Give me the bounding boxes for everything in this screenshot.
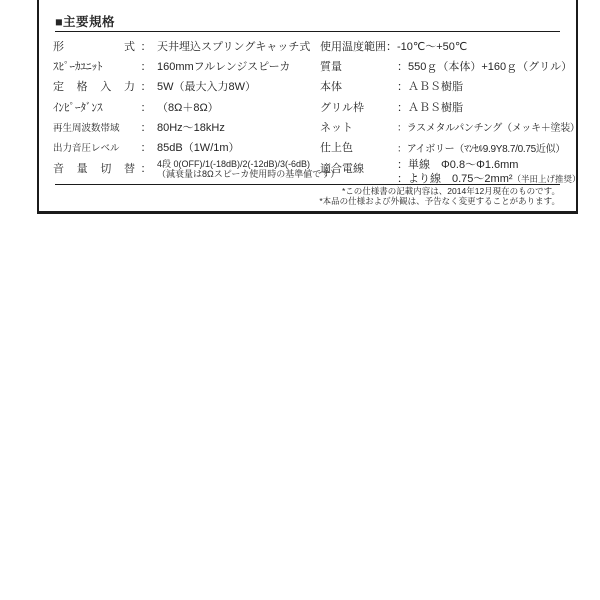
spec-colon: ： (135, 139, 157, 155)
spec-colon: ： (135, 99, 157, 115)
spec-row-operating-temp: 使用温度範囲 ：-10℃～+50℃ (320, 36, 574, 56)
spec-label: ｽﾋﾟｰｶﾕﾆｯﾄ (53, 58, 135, 74)
spec-value-group: 4段 0(OFF)/1(-18dB)/2(-12dB)/3(-6dB) （減衰量… (157, 158, 339, 179)
spec-label: ｲﾝﾋﾟｰﾀﾞﾝｽ (53, 99, 135, 115)
spec-row-frequency-range: 再生周波数帯域 ： 80Hz～18kHz (53, 117, 319, 137)
spec-label: 定 格 入 力 (53, 78, 135, 94)
spec-value: 160mmフルレンジスピーカ (157, 58, 290, 74)
spec-row-type: 形 式 ： 天井埋込スプリングキャッチ式 (53, 36, 319, 56)
spec-value: ：550ｇ（本体）+160ｇ（グリル） (397, 58, 572, 74)
spec-row-output-spl: 出力音圧レベル ： 85dB（1W/1m） (53, 137, 319, 157)
spec-value-group: ：単線 Φ0.8～Φ1.6mm ：より線 0.75～2mm²（半田上げ推奨） (397, 158, 581, 185)
spec-row-speaker-unit: ｽﾋﾟｰｶﾕﾆｯﾄ ： 160mmフルレンジスピーカ (53, 56, 319, 76)
spec-label: 形 式 (53, 38, 135, 54)
spec-value: 85dB（1W/1m） (157, 139, 240, 155)
footer-divider (55, 184, 560, 185)
spec-row-volume-switch: 音 量 切 替 ： 4段 0(OFF)/1(-18dB)/2(-12dB)/3(… (53, 158, 319, 179)
spec-label: 本体 (320, 78, 397, 94)
spec-colon: ： (135, 119, 157, 135)
spec-value: ：ラスメタルパンチング（メッキ＋塗装） (397, 119, 580, 134)
spec-value: 80Hz～18kHz (157, 119, 225, 135)
spec-colon: ： (135, 38, 157, 54)
spec-label: 出力音圧レベル (53, 140, 135, 154)
spec-row-compatible-wire: 適合電線 ：単線 Φ0.8～Φ1.6mm ：より線 0.75～2mm²（半田上げ… (320, 158, 574, 185)
spec-row-net: ネット ：ラスメタルパンチング（メッキ＋塗装） (320, 117, 574, 137)
header-divider (55, 31, 560, 32)
spec-value: ：-10℃～+50℃ (386, 38, 467, 54)
spec-value-note: （半田上げ推奨） (513, 174, 581, 184)
spec-sheet-frame: ■主要規格 形 式 ： 天井埋込スプリングキャッチ式 ｽﾋﾟｰｶﾕﾆｯﾄ ： 1… (37, 0, 578, 214)
spec-row-rated-input: 定 格 入 力 ： 5W（最大入力8W） (53, 76, 319, 96)
spec-label: 音 量 切 替 (53, 158, 135, 176)
spec-colon: ： (135, 78, 157, 94)
footnote-line: *本品の仕様および外観は、予告なく変更することがあります。 (319, 197, 560, 207)
spec-label: 仕上色 (320, 139, 397, 155)
spec-row-impedance: ｲﾝﾋﾟｰﾀﾞﾝｽ ： （8Ω＋8Ω） (53, 97, 319, 117)
spec-label: グリル枠 (320, 99, 397, 115)
spec-label: 質量 (320, 58, 397, 74)
spec-colon: ： (135, 58, 157, 74)
footnotes: *この仕様書の記載内容は、2014年12月現在のものです。 *本品の仕様および外… (319, 187, 560, 206)
spec-row-grille-frame: グリル枠 ：ＡＢＳ樹脂 (320, 97, 574, 117)
spec-value: ：アイボリー（ﾏﾝｾﾙ9.9Y8.7/0.75近似） (397, 140, 565, 155)
section-title: ■主要規格 (55, 12, 115, 30)
spec-sheet-page: ■主要規格 形 式 ： 天井埋込スプリングキャッチ式 ｽﾋﾟｰｶﾕﾆｯﾄ ： 1… (0, 0, 600, 600)
spec-row-finish-color: 仕上色 ：アイボリー（ﾏﾝｾﾙ9.9Y8.7/0.75近似） (320, 137, 574, 157)
spec-value: 5W（最大入力8W） (157, 78, 256, 94)
spec-row-body-material: 本体 ：ＡＢＳ樹脂 (320, 76, 574, 96)
spec-label: 適合電線 (320, 158, 397, 176)
spec-value: ：ＡＢＳ樹脂 (397, 99, 463, 115)
spec-row-weight: 質量 ：550ｇ（本体）+160ｇ（グリル） (320, 56, 574, 76)
spec-label: 使用温度範囲 (320, 38, 386, 54)
spec-value: （8Ω＋8Ω） (157, 99, 219, 115)
spec-value-note: （減衰量は8Ωスピーカ使用時の基準値です） (157, 170, 339, 180)
spec-label: ネット (320, 119, 397, 135)
spec-value: ：ＡＢＳ樹脂 (397, 78, 463, 94)
spec-column-right: 使用温度範囲 ：-10℃～+50℃ 質量 ：550ｇ（本体）+160ｇ（グリル）… (320, 36, 574, 185)
spec-value: 天井埋込スプリングキャッチ式 (157, 38, 310, 54)
spec-label: 再生周波数帯域 (53, 120, 135, 134)
spec-colon: ： (135, 158, 157, 176)
spec-column-left: 形 式 ： 天井埋込スプリングキャッチ式 ｽﾋﾟｰｶﾕﾆｯﾄ ： 160mmフル… (53, 36, 319, 179)
spec-value: ：単線 Φ0.8～Φ1.6mm (397, 160, 581, 171)
